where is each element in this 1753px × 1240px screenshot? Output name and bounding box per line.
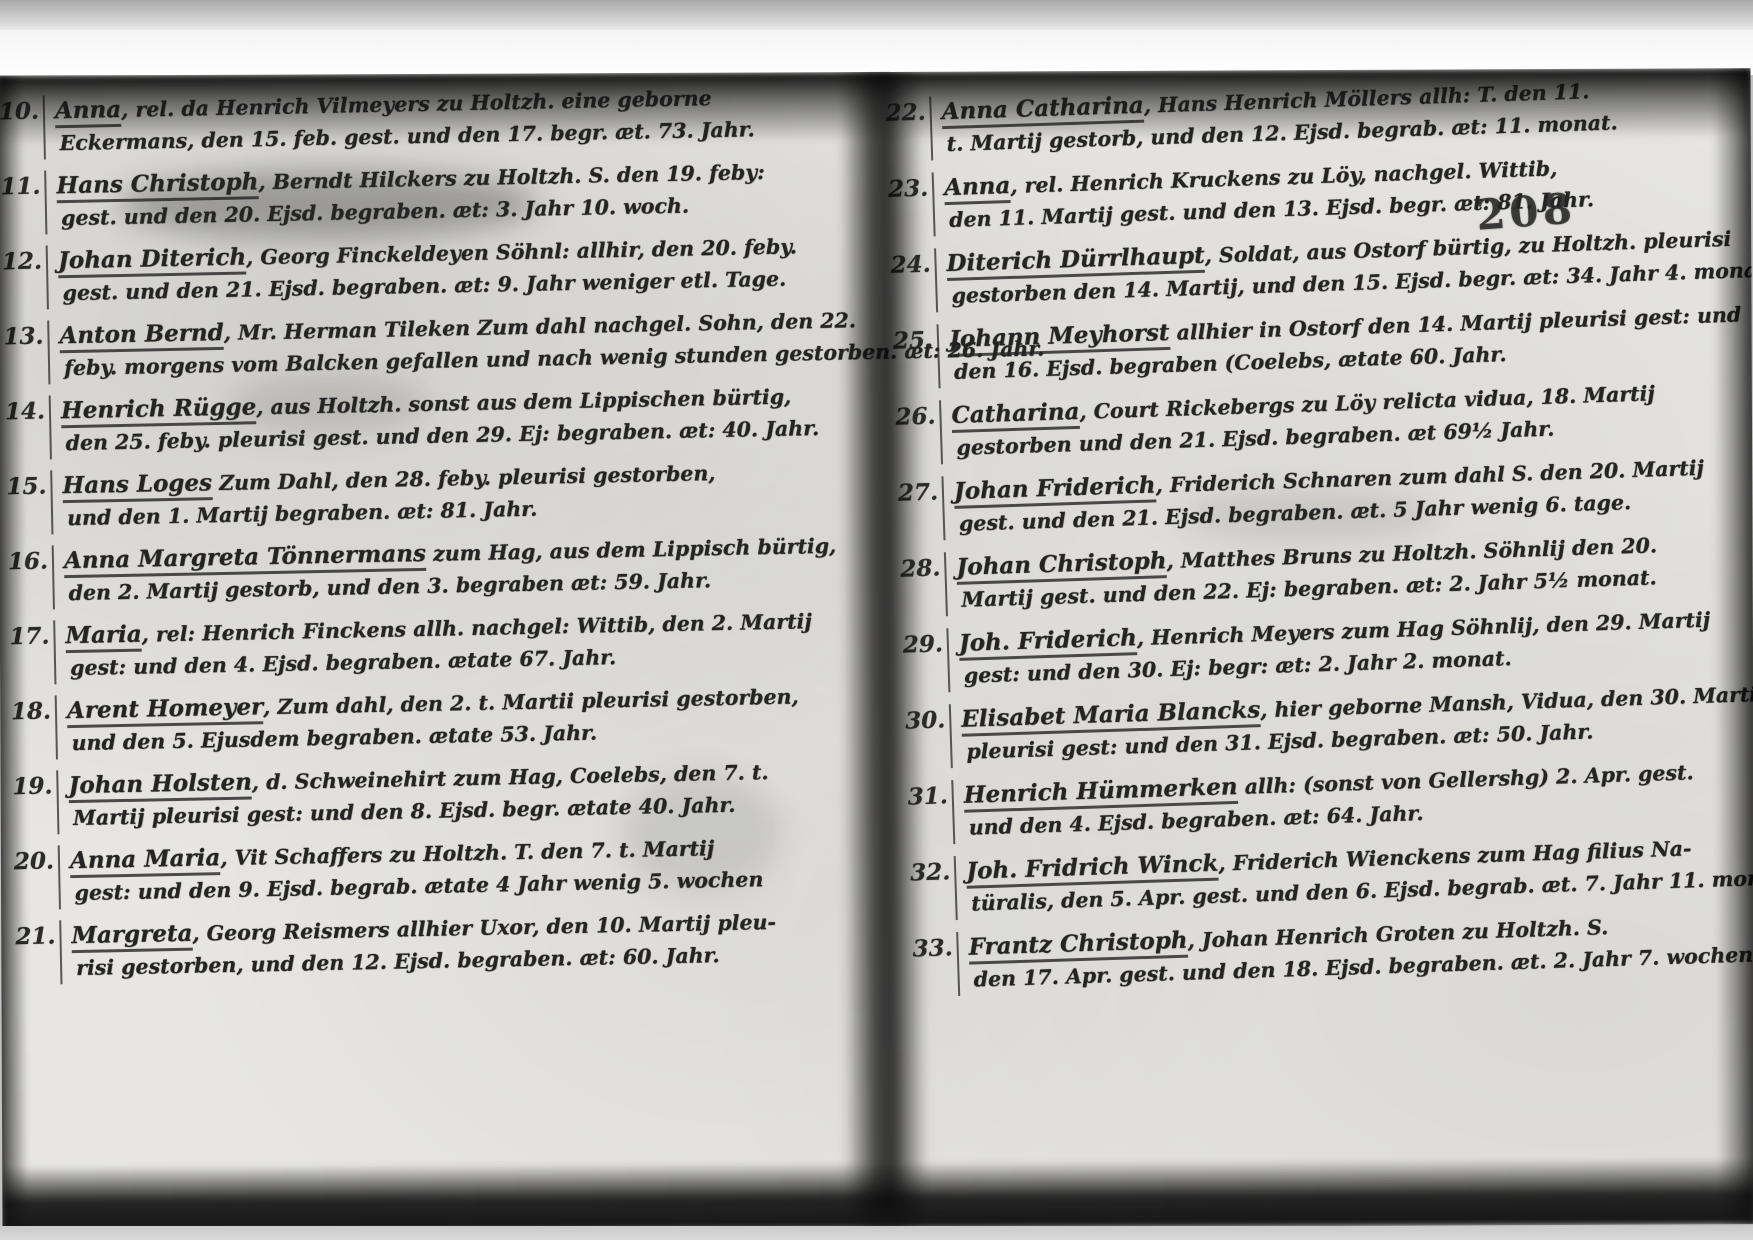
register-entry: 26. Catharina, Court Rickebergs zu Löy r… [895, 374, 1743, 465]
entry-text: Frantz Christoph, Johan Henrich Groten z… [956, 906, 1753, 996]
register-entry: 13. Anton Bernd, Mr. Herman Tileken Zum … [3, 305, 832, 386]
scan-shadow-bottom [2, 1158, 1753, 1232]
register-entry: 24. Diterich Dürrlhaupt, Soldat, aus Ost… [890, 223, 1738, 314]
deceased-name: Hans Loges [62, 469, 212, 503]
register-entry: 20. Anna Maria, Vit Schaffers zu Holtzh.… [14, 830, 843, 911]
register-entry: 15. Hans Loges Zum Dahl, den 28. feby. p… [6, 455, 835, 536]
entry-text: Joh. Friderich, Henrich Meyers zum Hag S… [946, 602, 1750, 692]
register-entry: 14. Henrich Rügge, aus Holtzh. sonst aus… [5, 380, 834, 461]
entry-text: Anna Margreta Tönnermans zum Hag, aus de… [52, 530, 837, 610]
page-number: 208 [1474, 184, 1577, 240]
register-entry: 32. Joh. Fridrich Winck, Friderich Wienc… [910, 830, 1753, 921]
entry-text: Hans Loges Zum Dahl, den 28. feby. pleur… [50, 455, 835, 535]
register-entry: 17. Maria, rel: Henrich Finckens allh. n… [9, 605, 838, 686]
register-entry: 27. Johan Friderich, Friderich Schnaren … [897, 450, 1745, 541]
book-spread-scan: 10. Anna, rel. da Henrich Vilmeyers zu H… [0, 68, 1753, 1232]
entry-text: Anna Maria, Vit Schaffers zu Holtzh. T. … [58, 830, 843, 910]
deceased-name: Anna [944, 172, 1011, 205]
entry-text: Anna, rel. Henrich Kruckens zu Löy, nach… [932, 147, 1736, 237]
deceased-name: Johan Holsten [68, 768, 252, 803]
deceased-name: Margreta [71, 920, 192, 953]
register-entry: 18. Arent Homeyer, Zum dahl, den 2. t. M… [11, 680, 840, 761]
right-page: 22. Anna Catharina, Hans Henrich Möllers… [885, 71, 1753, 998]
register-entry: 31. Henrich Hümmerken allh: (sonst von G… [907, 754, 1753, 845]
register-entry: 19. Johan Holsten, d. Schweinehirt zum H… [12, 755, 841, 836]
deceased-name: Anton Bernd [59, 319, 224, 353]
entry-text: Maria, rel: Henrich Finckens allh. nachg… [53, 605, 838, 685]
register-entry: 33. Frantz Christoph, Johan Henrich Grot… [912, 906, 1753, 997]
book-gutter-shadow [839, 72, 928, 1228]
register-entry: 12. Johan Diterich, Georg Finckeldeyen S… [2, 230, 831, 311]
register-entry: 28. Johan Christoph, Matthes Bruns zu Ho… [900, 526, 1748, 617]
entry-line1-rest: , Zum dahl, den 2. t. Martii pleurisi ge… [263, 684, 799, 719]
entry-text: Johan Christoph, Matthes Bruns zu Holtzh… [944, 526, 1748, 616]
entry-text: Diterich Dürrlhaupt, Soldat, aus Ostorf … [934, 221, 1753, 312]
entry-text: Catharina, Court Rickebergs zu Löy relic… [939, 374, 1743, 464]
scan-shadow-top [0, 68, 1751, 146]
register-entry: 23. Anna, rel. Henrich Kruckens zu Löy, … [888, 147, 1736, 238]
register-entry: 30. Elisabet Maria Blancks, hier geborne… [905, 678, 1753, 769]
entry-line1-rest: Zum Dahl, den 28. feby. pleurisi gestorb… [212, 461, 716, 495]
entry-text: Margreta, Georg Reismers allhier Uxor, d… [59, 905, 844, 985]
register-entry: 29. Joh. Friderich, Henrich Meyers zum H… [902, 602, 1750, 693]
entry-text: Johann Meyhorst allhier in Ostorf den 14… [937, 298, 1743, 388]
register-entry: 21. Margreta, Georg Reismers allhier Uxo… [15, 905, 844, 986]
scanned-register-page: { "document": { "kind": "handwritten chu… [0, 0, 1753, 1240]
left-page: 10. Anna, rel. da Henrich Vilmeyers zu H… [0, 80, 844, 985]
scanner-bed-band [0, 0, 1753, 30]
deceased-name: Anna Maria [70, 844, 221, 878]
entry-text: Henrich Rügge, aus Holtzh. sonst aus dem… [49, 380, 834, 460]
entry-text: Henrich Hümmerken allh: (sonst von Gelle… [951, 754, 1753, 844]
register-entry: 16. Anna Margreta Tönnermans zum Hag, au… [8, 530, 837, 611]
entry-text: Johan Friderich, Friderich Schnaren zum … [941, 450, 1745, 540]
entry-text: Arent Homeyer, Zum dahl, den 2. t. Marti… [55, 680, 840, 760]
entry-text: Hans Christoph, Berndt Hilckers zu Holtz… [44, 155, 829, 235]
deceased-name: Maria [65, 621, 142, 654]
right-page-entries: 22. Anna Catharina, Hans Henrich Möllers… [885, 71, 1753, 998]
scan-shadow-right [1712, 68, 1753, 1224]
entry-line1-rest: zum Hag, aus dem Lippisch bürtig, [426, 534, 837, 566]
scanner-white-strip [0, 30, 1753, 75]
register-entry: 11. Hans Christoph, Berndt Hilckers zu H… [0, 155, 829, 236]
left-page-entries: 10. Anna, rel. da Henrich Vilmeyers zu H… [0, 80, 844, 985]
scanner-bed-band-bottom [0, 1226, 1753, 1240]
entry-text: Johan Holsten, d. Schweinehirt zum Hag, … [56, 755, 841, 835]
entry-text: Elisabet Maria Blancks, hier geborne Man… [949, 678, 1753, 768]
entry-text: Joh. Fridrich Winck, Friderich Wienckens… [954, 830, 1753, 920]
entry-line1-rest: , Berndt Hilckers zu Holtzh. S. den 19. … [258, 160, 765, 194]
register-entry: 25. Johann Meyhorst allhier in Ostorf de… [893, 299, 1741, 390]
entry-text: Johan Diterich, Georg Finckeldeyen Söhnl… [46, 230, 831, 310]
